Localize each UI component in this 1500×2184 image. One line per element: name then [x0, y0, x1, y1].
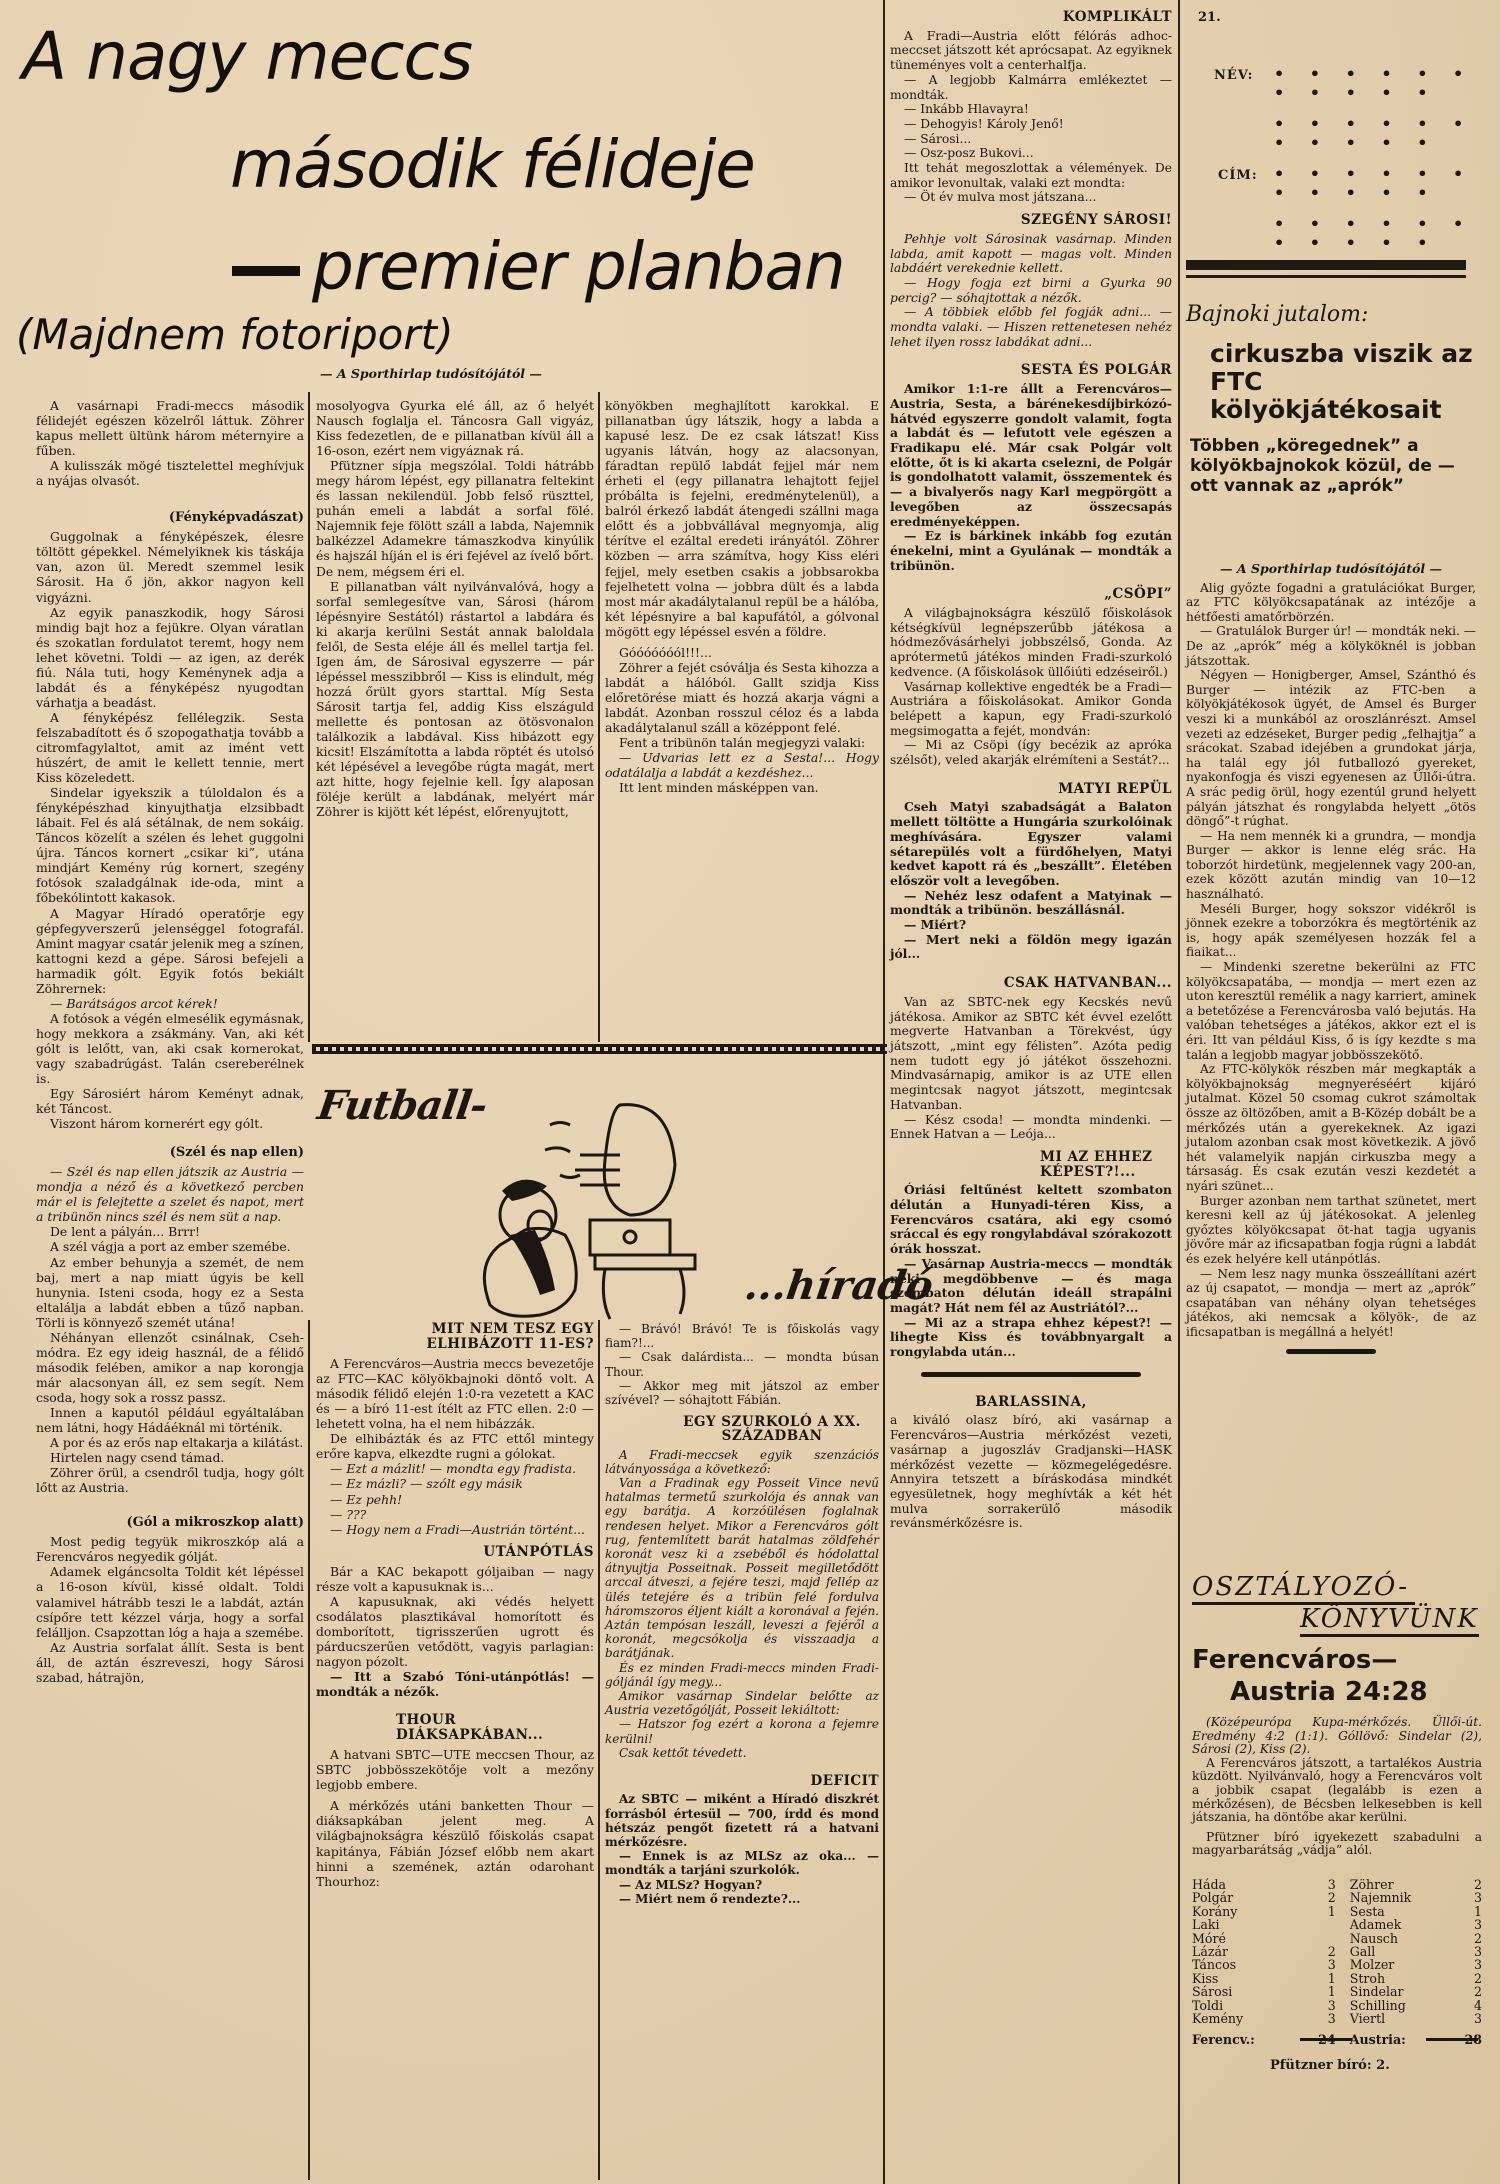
paragraph: — Ennek is az MLSz az oka... — mondták a…	[605, 1849, 879, 1877]
paragraph: — Ha nem mennék ki a grundra, — mondja B…	[1186, 829, 1476, 902]
briefs-column-2: MIT NEM TESZ EGY ELHIBÁZOTT 11-ES? A Fer…	[316, 1322, 594, 1889]
paragraph: — Inkább Hlavayra!	[890, 102, 1172, 117]
austria-score: 2	[1453, 1985, 1482, 1998]
paragraph: Cseh Matyi szabadságát a Balaton mellett…	[890, 800, 1172, 888]
paragraph: — Gratulálok Burger úr! — mondták neki. …	[1186, 624, 1476, 668]
paragraph: Néhányan ellenzőt csinálnak, Cseh-módra.…	[36, 1330, 304, 1405]
column-rule	[598, 392, 600, 1042]
rating-row: Sárosi1Sindelar2	[1192, 1985, 1482, 1998]
paragraph: Burger azonban nem tarthat szünetet, mer…	[1186, 1194, 1476, 1267]
rating-row: MóréNausch2	[1192, 1932, 1482, 1945]
brief-title: KOMPLIKÁLT	[890, 10, 1172, 25]
main-article-column-3: könyökben meghajlított karokkal. E pilla…	[605, 398, 879, 795]
address-label: CÍM:	[1218, 168, 1258, 183]
wavy-divider	[312, 1044, 887, 1054]
ftc-player: Háda	[1192, 1878, 1297, 1891]
ftc-score: 3	[1297, 1958, 1350, 1971]
rating-row: Kemény3Viertl3	[1192, 2012, 1482, 2025]
austria-score: 2	[1453, 1972, 1482, 1985]
paragraph: Az SBTC — miként a Híradó diszkrét forrá…	[605, 1792, 879, 1849]
brief-title: MATYI REPÜL	[890, 782, 1172, 797]
article-headline: cirkuszba viszik az FTC kölyökjátékosait	[1210, 340, 1480, 424]
column-rule	[598, 1320, 600, 2180]
section-title: (Fényképvadászat)	[36, 510, 304, 525]
paragraph: — Miért?	[890, 918, 1172, 933]
paragraph: A hatvani SBTC—UTE meccsen Thour, az SBT…	[316, 1747, 594, 1792]
paragraph: Amikor vasárnap Sindelar belőtte az Aust…	[605, 1689, 879, 1717]
paragraph: — Mindenki szeretne bekerülni az FTC köl…	[1186, 960, 1476, 1062]
paragraph: A világbajnokságra készülő főiskolások k…	[890, 606, 1172, 680]
brief-title: THOUR DIÁKSAPKÁBAN...	[396, 1713, 594, 1743]
paragraph: — Nem lesz nagy munka összeállítani azér…	[1186, 1267, 1476, 1340]
section-divider	[1186, 275, 1466, 278]
paragraph: — Ez pehh!	[316, 1492, 594, 1507]
paragraph: — Osz-posz Bukovi...	[890, 146, 1172, 161]
paragraph: Van a Fradinak egy Posseit Vince nevű ha…	[605, 1476, 879, 1661]
paragraph: Alig győzte fogadni a gratulációkat Burg…	[1186, 581, 1476, 625]
ftc-player: Korány	[1192, 1905, 1297, 1918]
name-field-dots: • • • • • • • • • • •	[1274, 114, 1500, 152]
ftc-player: Sárosi	[1192, 1985, 1297, 1998]
ftc-score: 3	[1297, 2012, 1350, 2025]
ftc-player: Laki	[1192, 1918, 1297, 1931]
ftc-player: Táncos	[1192, 1958, 1297, 1971]
cartoon-radio-listener-icon	[470, 1095, 740, 1325]
referee-rating: Pfützner bíró: 2.	[1270, 2058, 1390, 2073]
ftc-score: 1	[1297, 1985, 1350, 1998]
match-line-1: Ferencváros—	[1192, 1644, 1482, 1676]
total-underline	[1300, 2038, 1352, 2041]
main-article-column-1: A vasárnapi Fradi-meccs második félidejé…	[36, 398, 304, 1685]
paragraph: Egy Sárosiért három Keményt adnak, két T…	[36, 1086, 304, 1116]
total-ftc-total: 24	[1297, 2025, 1350, 2046]
section-title: (Szél és nap ellen)	[36, 1145, 304, 1160]
player-ratings-table: Háda3Zöhrer2Polgár2Najemnik3Korány1Sesta…	[1192, 1878, 1482, 2047]
brief-title: SESTA ÉS POLGÁR	[890, 363, 1172, 378]
paragraph: A Fradi—Austria előtt félórás adhoc-mecc…	[890, 29, 1172, 73]
ftc-article-body: — A Sporthirlap tudósítójától — Alig győ…	[1186, 562, 1476, 1354]
ftc-score: 3	[1297, 1878, 1350, 1891]
paragraph: Csak kettőt tévedett.	[605, 1746, 879, 1760]
briefs-column-4: KOMPLIKÁLT A Fradi—Austria előtt félórás…	[890, 10, 1172, 1531]
paragraph: Az egyik panaszkodik, hogy Sárosi mindig…	[36, 605, 304, 710]
paragraph: Fent a tribünön talán megjegyzi valaki:	[605, 735, 879, 750]
paragraph: Óriási feltűnést keltett szombaton délut…	[890, 1183, 1172, 1257]
ftc-player: Toldi	[1192, 1999, 1297, 2012]
paragraph: Van az SBTC-nek egy Kecskés nevű játékos…	[890, 995, 1172, 1113]
brief-title: SZEGÉNY SÁROSI!	[890, 213, 1172, 228]
ftc-score: 1	[1297, 1905, 1350, 1918]
paragraph: A por és az erős nap eltakarja a kilátás…	[36, 1435, 304, 1450]
ornament-divider	[1286, 1349, 1376, 1354]
rating-row: Háda3Zöhrer2	[1192, 1878, 1482, 1891]
paragraph: a kiváló olasz bíró, aki vasárnap a Fere…	[890, 1413, 1172, 1531]
paragraph: — Ezt a mázlit! — mondta egy fradista.	[316, 1461, 594, 1476]
paragraph: A kulisszák mögé tisztelettel meghívjuk …	[36, 458, 304, 488]
ftc-player: Lázár	[1192, 1945, 1297, 1958]
page-number: 21.	[1198, 10, 1221, 25]
paragraph: Sindelar igyekszik a túloldalon és a fén…	[36, 785, 304, 905]
total-underline	[1426, 2038, 1478, 2041]
paragraph-quote: — Barátságos arcot kérek!	[36, 996, 304, 1011]
name-field-dots: • • • • • • • • • • •	[1274, 64, 1500, 102]
paragraph: — A legjobb Kalmárra emlékeztet — mondtá…	[890, 73, 1172, 102]
ftc-score: 2	[1297, 1945, 1350, 1958]
paragraph: Viszont három kornerért egy gólt.	[36, 1116, 304, 1131]
paragraph: — Ez is bárkinek inkább fog ezután éneke…	[890, 529, 1172, 573]
paragraph: Zöhrer örül, a csendről tudja, hogy gólt…	[36, 1465, 304, 1495]
paragraph: E pillanatban vált nyilvánvalóvá, hogy a…	[316, 579, 594, 820]
brief-title: EGY SZURKOLÓ A XX. SZÁZADBAN	[665, 1415, 879, 1443]
paragraph: A Ferencváros—Austria meccs bevezetője a…	[316, 1356, 594, 1431]
paragraph: Amikor 1:1-re állt a Ferencváros—Austria…	[890, 382, 1172, 529]
brief-title: CSAK HATVANBAN...	[890, 976, 1172, 991]
paragraph: — Kész csoda! — mondta mindenki. — Ennek…	[890, 1113, 1172, 1142]
address-field-dots: • • • • • • • • • • •	[1274, 214, 1500, 252]
column-rule	[308, 392, 310, 1042]
paragraph: Az FTC-kölykök részben már megkapták a k…	[1186, 1062, 1476, 1193]
column-rule	[883, 0, 885, 2184]
ftc-score	[1297, 1918, 1350, 1931]
headline-line-3: premier planban	[232, 228, 845, 305]
em-dash-icon	[232, 266, 300, 276]
match-report: (Középeurópa Kupa-mérkőzés. Üllői-út. Er…	[1192, 1716, 1482, 1858]
ftc-player: Kiss	[1192, 1972, 1297, 1985]
paragraph: A fotósok a végén elmesélik egymásnak, h…	[36, 1011, 304, 1086]
paragraph: A Fradi-meccsek egyik szenzációs látvány…	[605, 1448, 879, 1476]
paragraph: — Öt év mulva most játszana...	[890, 190, 1172, 205]
headline-line-2: második félideje	[230, 126, 755, 203]
ftc-player: Móré	[1192, 1932, 1297, 1945]
rating-row: Polgár2Najemnik3	[1192, 1891, 1482, 1904]
paragraph: Négyen — Honigberger, Amsel, Szánthó és …	[1186, 668, 1476, 829]
total-aus-total: 28	[1453, 2025, 1482, 2046]
paragraph: mosolyogva Gyurka elé áll, az ő helyét N…	[316, 398, 594, 458]
austria-score: 3	[1453, 1958, 1482, 1971]
austria-score: 3	[1453, 1918, 1482, 1931]
paragraph-quote: — Udvarias lett ez a Sesta!... Hogy odat…	[605, 750, 879, 780]
paragraph: A mérkőzés utáni banketten Thour — diáks…	[316, 1798, 594, 1888]
brief-title: „CSÖPI”	[890, 587, 1172, 602]
austria-player: Gall	[1350, 1945, 1453, 1958]
austria-score: 2	[1453, 1932, 1482, 1945]
paragraph: Hirtelen nagy csend támad.	[36, 1450, 304, 1465]
paragraph: — Dehogyis! Károly Jenő!	[890, 117, 1172, 132]
paragraph: — Sárosi...	[890, 132, 1172, 147]
paragraph: Adamek elgáncsolta Toldit két lépéssel a…	[36, 1564, 304, 1639]
match-score: Ferencváros— Austria 24:28	[1192, 1644, 1482, 1708]
ftc-player: Kemény	[1192, 2012, 1297, 2025]
paragraph: — Hatszor fog ezért a korona a fejemre k…	[605, 1717, 879, 1745]
paragraph: — Itt a Szabó Tóni-utánpótlás! — mondták…	[316, 1669, 594, 1699]
austria-player: Najemnik	[1350, 1891, 1453, 1904]
address-field-dots: • • • • • • • • • • •	[1274, 164, 1500, 202]
austria-score: 2	[1453, 1878, 1482, 1891]
brief-title: MIT NEM TESZ EGY ELHIBÁZOTT 11-ES?	[376, 1322, 594, 1352]
austria-player: Stroh	[1350, 1972, 1453, 1985]
ftc-score: 1	[1297, 1972, 1350, 1985]
name-label: NÉV:	[1214, 68, 1253, 83]
paragraph: — Ez mázli? — szólt egy másik	[316, 1476, 594, 1491]
austria-player: Zöhrer	[1350, 1878, 1453, 1891]
headline-line-3-text: premier planban	[312, 228, 845, 305]
paragraph: — Csak dalárdista... — mondta búsan Thou…	[605, 1350, 879, 1378]
austria-player: Adamek	[1350, 1918, 1453, 1931]
ftc-score: 2	[1297, 1891, 1350, 1904]
paragraph: — A többiek előbb fel fogják adni... — m…	[890, 305, 1172, 349]
section-divider	[1186, 260, 1466, 270]
austria-player: Sindelar	[1350, 1985, 1453, 1998]
austria-score: 4	[1453, 1999, 1482, 2012]
austria-player: Nausch	[1350, 1932, 1453, 1945]
ornament-divider	[921, 1372, 1141, 1377]
paragraph: — Hogy fogja ezt birni a Gyurka 90 perci…	[890, 276, 1172, 305]
ftc-score: 3	[1297, 1999, 1350, 2012]
article-kicker: Bajnoki jutalom:	[1186, 302, 1368, 327]
paragraph: Meséli Burger, hogy sokszor vidékről is …	[1186, 902, 1476, 960]
paragraph: — Szél és nap ellen játszik az Austria —…	[36, 1164, 304, 1224]
paragraph: Vasárnap kollektive engedték be a Fradi—…	[890, 680, 1172, 739]
paragraph: Guggolnak a fényképészek, élesre töltött…	[36, 529, 304, 604]
ftc-player: Polgár	[1192, 1891, 1297, 1904]
paragraph: könyökben meghajlított karokkal. E pilla…	[605, 398, 879, 639]
match-line-2: Austria 24:28	[1192, 1676, 1482, 1708]
column-rule	[308, 1320, 310, 2180]
paragraph: A Magyar Híradó operatőrje egy gépfegyve…	[36, 906, 304, 996]
paragraph: De elhibázták és az FTC ettől mintegy er…	[316, 1431, 594, 1461]
austria-player: Molzer	[1350, 1958, 1453, 1971]
match-info: (Középeurópa Kupa-mérkőzés. Üllői-út. Er…	[1192, 1716, 1482, 1757]
brief-title: MI AZ EHHEZ KÉPEST?!...	[1040, 1150, 1172, 1179]
paragraph: — ???	[316, 1507, 594, 1522]
paragraph: És ez minden Fradi-meccs minden Fradi-gó…	[605, 1661, 879, 1689]
section-title: (Gól a mikroszkop alatt)	[36, 1515, 304, 1530]
ratings-title-line-1: OSZTÁLYOZÓ-	[1192, 1572, 1415, 1605]
cartoon-title-top: Futball-	[315, 1082, 490, 1129]
paragraph: Pfützner sípja megszólal. Toldi hátrább …	[316, 458, 594, 578]
briefs-column-3: — Brávó! Brávó! Te is főiskolás vagy fia…	[605, 1322, 879, 1906]
austria-score: 1	[1453, 1905, 1482, 1918]
paragraph: Pehhje volt Sárosinak vasárnap. Minden l…	[890, 232, 1172, 276]
rating-row: Táncos3Molzer3	[1192, 1958, 1482, 1971]
byline: — A Sporthirlap tudósítójától —	[1186, 562, 1476, 577]
total-aus-label: Austria:	[1350, 2025, 1453, 2046]
austria-score: 3	[1453, 1945, 1482, 1958]
paragraph: A kapusuknak, aki védés helyett csodálat…	[316, 1594, 594, 1669]
paragraph: Góóóóóóól!!!...	[605, 645, 879, 660]
paragraph: De lent a pályán... Brrr!	[36, 1224, 304, 1239]
article-subheadline: Többen „köregednek” a kölyökbajnokok köz…	[1190, 436, 1470, 496]
rating-row: Toldi3Schilling4	[1192, 1999, 1482, 2012]
rating-total-row: Ferencv.:24Austria:28	[1192, 2025, 1482, 2046]
total-ftc-label: Ferencv.:	[1192, 2025, 1297, 2046]
headline-line-1: A nagy meccs	[22, 18, 472, 95]
rating-row: LakiAdamek3	[1192, 1918, 1482, 1931]
brief-title: BARLASSINA,	[890, 1395, 1172, 1410]
paragraph: — Mi az a strapa ehhez képest?! — lihegt…	[890, 1316, 1172, 1360]
austria-player: Schilling	[1350, 1999, 1453, 2012]
paragraph: — Hogy nem a Fradi—Austrián történt...	[316, 1522, 594, 1537]
paragraph: A szél vágja a port az ember szemébe.	[36, 1239, 304, 1254]
paragraph: Az Austria sorfalat állít. Sesta is bent…	[36, 1640, 304, 1685]
headline-subtitle: (Majdnem fotoriport)	[16, 310, 453, 359]
paragraph: Itt tehát megoszlottak a vélemények. De …	[890, 161, 1172, 190]
byline: — A Sporthirlap tudósítójától —	[320, 366, 542, 381]
austria-player: Sesta	[1350, 1905, 1453, 1918]
paragraph: Most pedig tegyük mikroszkóp alá a Feren…	[36, 1534, 304, 1564]
ftc-score	[1297, 1932, 1350, 1945]
rating-row: Lázár2Gall3	[1192, 1945, 1482, 1958]
paragraph: A vasárnapi Fradi-meccs második félidejé…	[36, 398, 304, 458]
main-article-column-2: mosolyogva Gyurka elé áll, az ő helyét N…	[316, 398, 594, 819]
paragraph: — Az MLSz? Hogyan?	[605, 1878, 879, 1892]
brief-title: UTÁNPÓTLÁS	[316, 1545, 594, 1560]
brief-title: DEFICIT	[605, 1774, 879, 1788]
paragraph: Itt lent minden másképpen van.	[605, 780, 879, 795]
paragraph: — Akkor meg mit játszol az ember szívéve…	[605, 1379, 879, 1407]
ratings-title-line-2: KÖNYVÜNK	[1300, 1604, 1479, 1637]
paragraph: — Miért nem ő rendezte?...	[605, 1892, 879, 1906]
paragraph: Zöhrer a fejét csóválja és Sesta kihozza…	[605, 660, 879, 735]
rating-row: Kiss1Stroh2	[1192, 1972, 1482, 1985]
paragraph: A Ferencváros játszott, a tartalékos Aus…	[1192, 1757, 1482, 1825]
austria-score: 3	[1453, 1891, 1482, 1904]
paragraph: Innen a kaputól például egyáltalában nem…	[36, 1405, 304, 1435]
austria-score: 3	[1453, 2012, 1482, 2025]
paragraph: A fényképész fellélegzik. Sesta felszaba…	[36, 710, 304, 785]
austria-player: Viertl	[1350, 2012, 1453, 2025]
paragraph: — Brávó! Brávó! Te is főiskolás vagy fia…	[605, 1322, 879, 1350]
rating-row: Korány1Sesta1	[1192, 1905, 1482, 1918]
paragraph: Pfützner bíró igyekezett szabadulni a ma…	[1192, 1831, 1482, 1858]
paragraph: — Mert neki a földön megy igazán jól...	[890, 933, 1172, 962]
paragraph: — Nehéz lesz odafent a Matyinak — mondtá…	[890, 889, 1172, 918]
paragraph: Az ember behunyja a szemét, de nem baj, …	[36, 1255, 304, 1330]
paragraph: — Vasárnap Austria-meccs — mondták neki …	[890, 1257, 1172, 1316]
paragraph: — Mi az Csöpi (így becézik az apróka szé…	[890, 738, 1172, 767]
paragraph: Bár a KAC bekapott góljaiban — nagy rész…	[316, 1564, 594, 1594]
column-rule	[1178, 0, 1180, 2184]
